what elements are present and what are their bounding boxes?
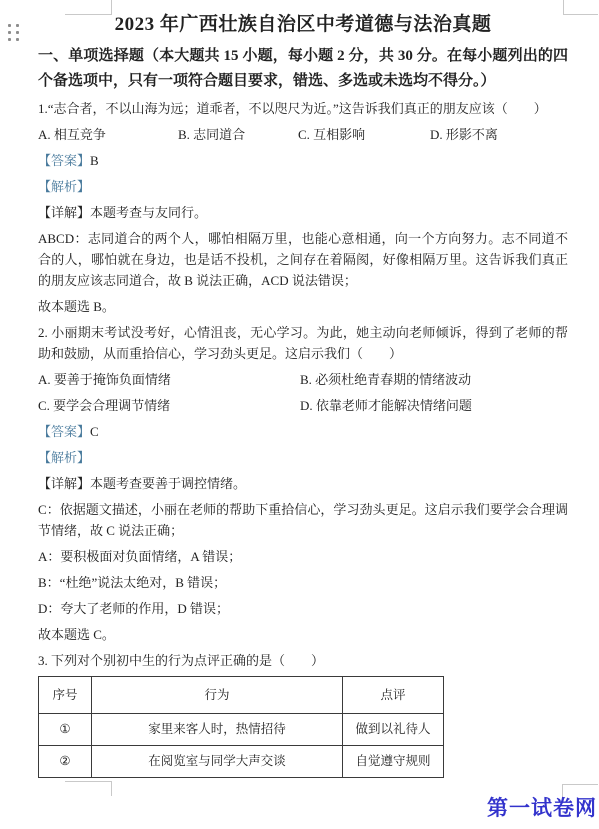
question-2-detail-line: 【详解】本题考查要善于调控情绪。	[38, 473, 568, 494]
row-number: ①	[39, 714, 92, 746]
table-header-row: 序号 行为 点评	[39, 677, 444, 714]
section-heading: 一、单项选择题（本大题共 15 小题，每小题 2 分，共 30 分。在每小题列出…	[38, 44, 568, 94]
question-1-answer-line: 【答案】B	[38, 150, 568, 171]
row-behavior: 在阅览室与同学大声交谈	[92, 746, 343, 778]
table-row: ① 家里来客人时，热情招待 做到以礼待人	[39, 714, 444, 746]
detail-intro: 本题考查要善于调控情绪。	[90, 476, 246, 491]
site-watermark: 第一试卷网	[487, 792, 597, 822]
answer-label: 【答案】	[38, 153, 90, 168]
question-2-options: A. 要善于掩饰负面情绪 B. 必须杜绝青春期的情绪波动 C. 要学会合理调节情…	[38, 369, 568, 416]
detail-label: 【详解】	[38, 205, 90, 220]
question-1-options: A. 相互竞争 B. 志同道合 C. 互相影响 D. 形影不离	[38, 124, 568, 145]
option-d: D. 依靠老师才能解决情绪问题	[300, 395, 568, 416]
text-boundary-corner-bottom-left	[65, 781, 112, 796]
text-boundary-corner-top-right	[563, 0, 598, 15]
question-1-explanation: ABCD：志同道合的两个人，哪怕相隔万里，也能心意相通，向一个方向努力。志不同道…	[38, 228, 568, 291]
row-comment: 自觉遵守规则	[343, 746, 444, 778]
row-comment: 做到以礼待人	[343, 714, 444, 746]
table-header-behavior: 行为	[92, 677, 343, 714]
document-page: 2023 年广西壮族自治区中考道德与法治真题 一、单项选择题（本大题共 15 小…	[0, 0, 599, 829]
option-b: B. 志同道合	[178, 124, 298, 145]
question-3-table: 序号 行为 点评 ① 家里来客人时，热情招待 做到以礼待人 ② 在阅览室与同学大…	[38, 676, 444, 778]
question-2-answer-line: 【答案】C	[38, 421, 568, 442]
analysis-label: 【解析】	[38, 179, 90, 194]
option-c: C. 互相影响	[298, 124, 430, 145]
option-d: D. 形影不离	[430, 124, 498, 145]
question-2-explanation-d: D：夸大了老师的作用，D 错误；	[38, 598, 568, 619]
drag-handle-icon[interactable]	[8, 24, 19, 41]
page-title: 2023 年广西壮族自治区中考道德与法治真题	[38, 12, 568, 38]
question-3-stem: 3. 下列对个别初中生的行为点评正确的是（ ）	[38, 650, 568, 671]
option-c: C. 要学会合理调节情绪	[38, 395, 300, 416]
question-2-explanation-b: B：“杜绝”说法太绝对，B 错误；	[38, 572, 568, 593]
option-a: A. 相互竞争	[38, 124, 178, 145]
answer-label: 【答案】	[38, 424, 90, 439]
answer-value: C	[90, 424, 99, 439]
row-number: ②	[39, 746, 92, 778]
question-2-conclusion: 故本题选 C。	[38, 624, 568, 645]
analysis-label: 【解析】	[38, 450, 90, 465]
option-b: B. 必须杜绝青春期的情绪波动	[300, 369, 568, 390]
question-2-stem: 2. 小丽期末考试没考好，心情沮丧，无心学习。为此，她主动向老师倾诉，得到了老师…	[38, 322, 568, 364]
detail-intro: 本题考查与友同行。	[90, 205, 207, 220]
answer-value: B	[90, 153, 99, 168]
question-1-conclusion: 故本题选 B。	[38, 296, 568, 317]
question-2-explanation-c: C：依据题文描述，小丽在老师的帮助下重拾信心，学习劲头更足。这启示我们要学会合理…	[38, 499, 568, 541]
question-1-analysis-line: 【解析】	[38, 176, 568, 197]
question-2-analysis-line: 【解析】	[38, 447, 568, 468]
row-behavior: 家里来客人时，热情招待	[92, 714, 343, 746]
table-header-comment: 点评	[343, 677, 444, 714]
table-row: ② 在阅览室与同学大声交谈 自觉遵守规则	[39, 746, 444, 778]
table-header-number: 序号	[39, 677, 92, 714]
question-1-stem: 1.“志合者，不以山海为远；道乖者，不以咫尺为近。”这告诉我们真正的朋友应该（ …	[38, 98, 568, 119]
question-1-detail-line: 【详解】本题考查与友同行。	[38, 202, 568, 223]
detail-label: 【详解】	[38, 476, 90, 491]
document-body: 2023 年广西壮族自治区中考道德与法治真题 一、单项选择题（本大题共 15 小…	[38, 12, 568, 778]
option-a: A. 要善于掩饰负面情绪	[38, 369, 300, 390]
question-2-explanation-a: A：要积极面对负面情绪，A 错误；	[38, 546, 568, 567]
